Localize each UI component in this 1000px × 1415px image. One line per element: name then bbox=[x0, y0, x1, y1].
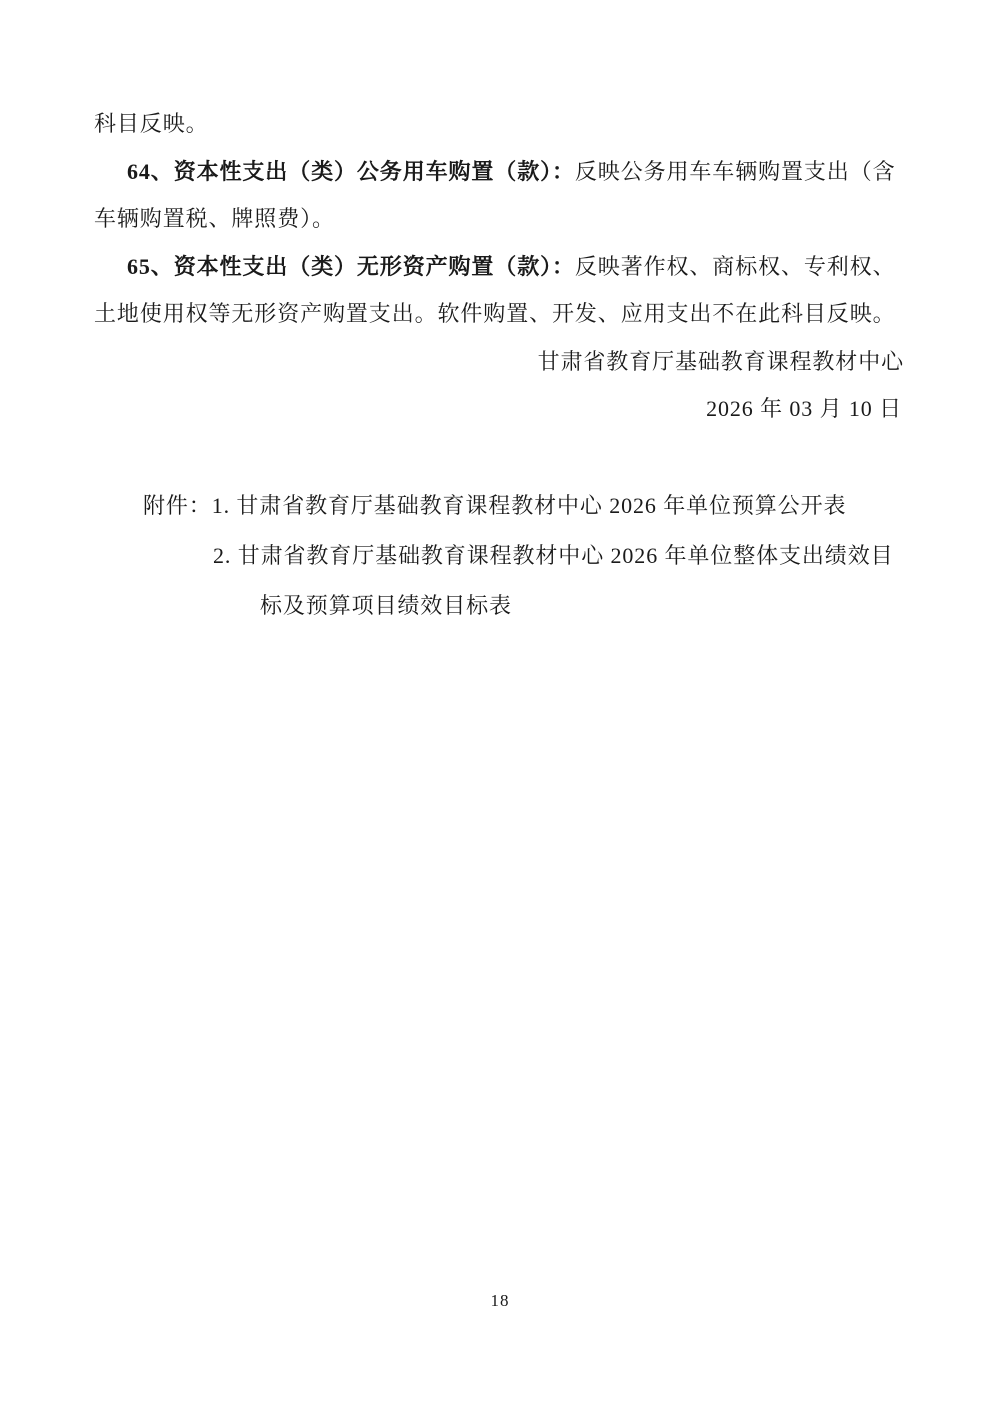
attachment-item-2-line1-text: 2. 甘肃省教育厅基础教育课程教材中心 2026 年单位整体支出绩效目 bbox=[213, 543, 894, 568]
paragraph-63-end: 科目反映。 bbox=[94, 100, 912, 148]
page-number-text: 18 bbox=[491, 1291, 510, 1310]
page-number: 18 bbox=[0, 1291, 1000, 1311]
document-body: 科目反映。 64、资本性支出（类）公务用车购置（款）：反映公务用车车辆购置支出（… bbox=[94, 100, 912, 631]
attachments-label: 附件： bbox=[143, 493, 212, 518]
paragraph-63-end-text: 科目反映。 bbox=[94, 111, 209, 136]
item-65-desc-line2: 土地使用权等无形资产购置支出。软件购置、开发、应用支出不在此科目反映。 bbox=[94, 301, 896, 326]
attachment-item-1: 附件：1. 甘肃省教育厅基础教育课程教材中心 2026 年单位预算公开表 bbox=[143, 481, 912, 531]
item-65-line2: 土地使用权等无形资产购置支出。软件购置、开发、应用支出不在此科目反映。 bbox=[94, 290, 912, 338]
attachment-item-2-line2-text: 标及预算项目绩效目标表 bbox=[260, 593, 512, 618]
item-64-desc-line2: 车辆购置税、牌照费）。 bbox=[94, 206, 335, 231]
signature-date-text: 2026 年 03 月 10 日 bbox=[706, 396, 902, 421]
attachment-item-2-line2: 标及预算项目绩效目标表 bbox=[260, 581, 912, 631]
attachment-item-1-text: 1. 甘肃省教育厅基础教育课程教材中心 2026 年单位预算公开表 bbox=[212, 493, 847, 518]
item-65-line1: 65、资本性支出（类）无形资产购置（款）：反映著作权、商标权、专利权、 bbox=[94, 243, 912, 291]
item-64-line1: 64、资本性支出（类）公务用车购置（款）：反映公务用车车辆购置支出（含 bbox=[94, 148, 912, 196]
attachment-item-2-line1: 2. 甘肃省教育厅基础教育课程教材中心 2026 年单位整体支出绩效目 bbox=[213, 531, 912, 581]
signature-organization-text: 甘肃省教育厅基础教育课程教材中心 bbox=[538, 349, 904, 374]
item-64-term: 64、资本性支出（类）公务用车购置（款）： bbox=[127, 159, 575, 184]
item-64-line2: 车辆购置税、牌照费）。 bbox=[94, 195, 912, 243]
signature-organization: 甘肃省教育厅基础教育课程教材中心 bbox=[94, 338, 912, 386]
signature-date: 2026 年 03 月 10 日 bbox=[94, 385, 912, 433]
item-65-desc-line1: 反映著作权、商标权、专利权、 bbox=[575, 254, 896, 279]
item-65-term: 65、资本性支出（类）无形资产购置（款）： bbox=[127, 254, 575, 279]
attachments-block: 附件：1. 甘肃省教育厅基础教育课程教材中心 2026 年单位预算公开表 2. … bbox=[94, 481, 912, 631]
document-page: 科目反映。 64、资本性支出（类）公务用车购置（款）：反映公务用车车辆购置支出（… bbox=[0, 0, 1000, 1415]
item-64-desc-line1: 反映公务用车车辆购置支出（含 bbox=[575, 159, 896, 184]
